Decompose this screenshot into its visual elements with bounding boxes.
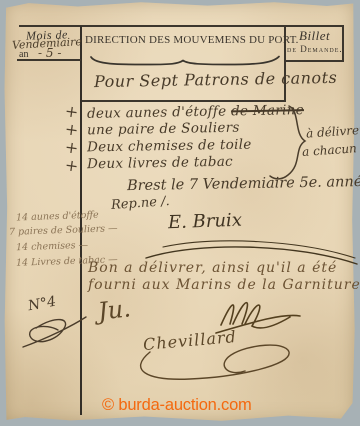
handwritten-year: - 5 - [38, 46, 61, 60]
request-item-text: deux aunes d'étoffe [87, 103, 231, 122]
approval-line1: Bon a délivrer, ainsi qu'il a été [88, 260, 337, 276]
clerk-signature-prefix: Ju. [97, 294, 132, 325]
commander-signature: E. Bruix [168, 210, 243, 234]
type-box-script-word: Billet [299, 28, 330, 44]
request-item-struck-text: de Marine [231, 102, 304, 119]
request-item-text: Deux livres de tabac [87, 154, 233, 173]
an-label: an [19, 49, 28, 60]
request-item-text: Deux chemises de toile [87, 137, 252, 156]
request-item-text: une paire de Souliers [87, 120, 240, 139]
approval-line2: fourni aux Marins de la Garniture [88, 277, 360, 293]
top-border-rule [19, 25, 344, 27]
tally-cross-mark: + [64, 155, 80, 176]
request-item: une paire de Souliers [87, 120, 240, 139]
type-box-bottom-rule [285, 60, 343, 62]
request-item: Deux livres de tabac [87, 154, 233, 173]
auction-watermark: © burda-auction.com [102, 396, 252, 415]
scanned-document: Mois de Vendemiaire an - 5 - DIRECTION D… [0, 0, 360, 426]
document-title: DIRECTION DES MOUVEMENS DU PORT. [85, 34, 285, 46]
subject-bottom-rule [82, 100, 285, 102]
request-item: Deux chemises de toile [87, 137, 252, 156]
type-box-caps-words: de Demande. [287, 44, 343, 54]
